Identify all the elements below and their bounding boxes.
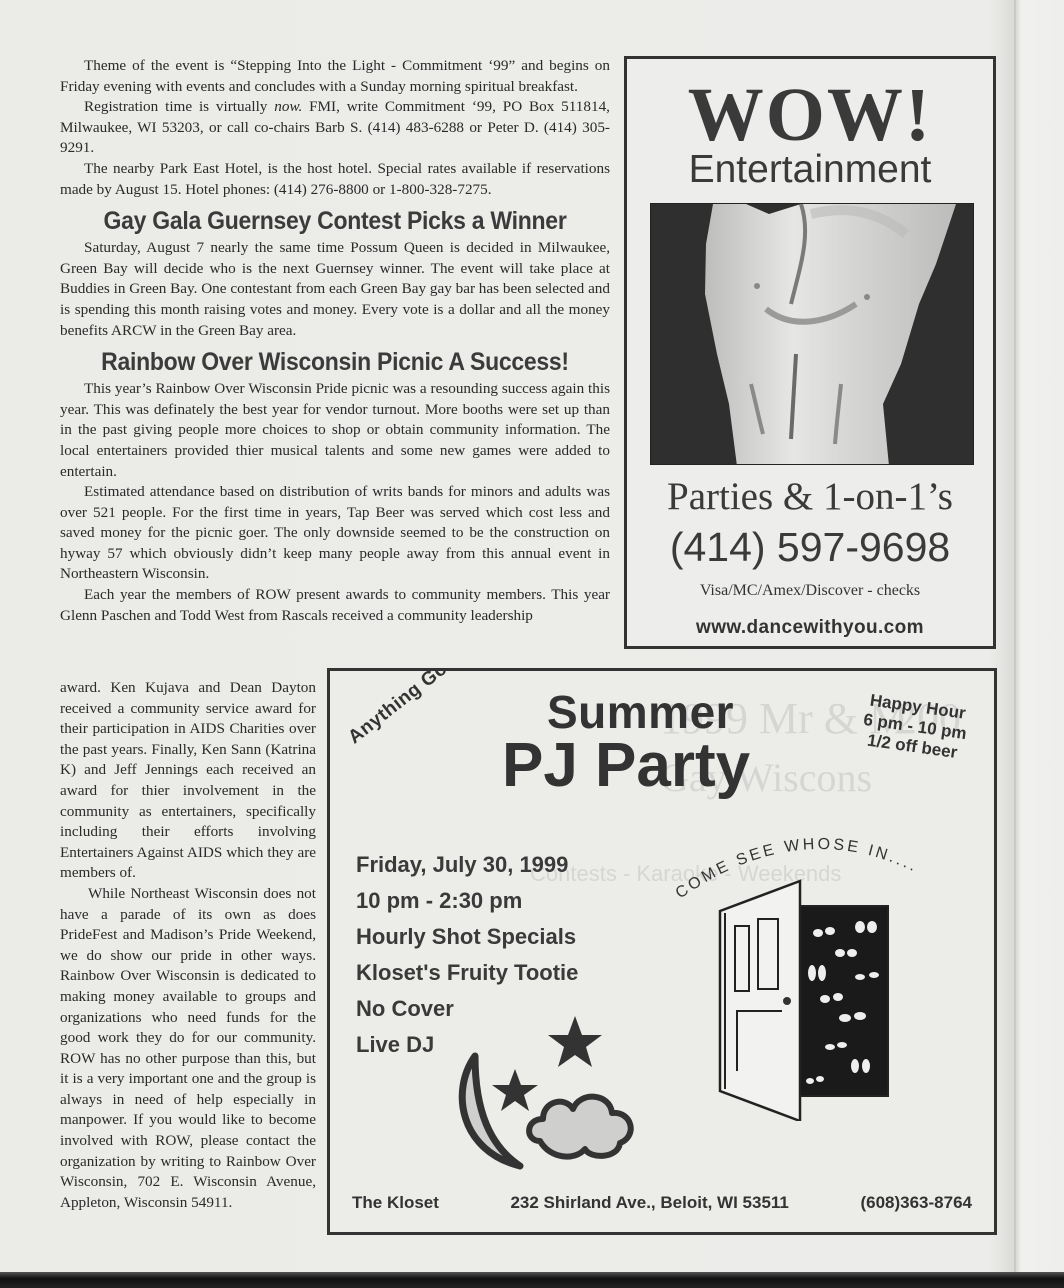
article-column: Theme of the event is “Stepping Into the… xyxy=(60,56,610,626)
venue-address: 232 Shirland Ave., Beloit, WI 53511 xyxy=(510,1193,788,1213)
event-date: Friday, July 30, 1999 xyxy=(356,847,578,883)
moon-stars-cloud-icon xyxy=(440,1011,700,1171)
row-paragraph-awards: award. Ken Kujava and Dean Dayton receiv… xyxy=(60,678,316,884)
event-detail: Hourly Shot Specials xyxy=(356,919,578,955)
page-fold xyxy=(1014,0,1016,1272)
wow-tagline: Parties & 1-on-1’s xyxy=(627,473,993,521)
venue-name: The Kloset xyxy=(352,1193,439,1213)
torso-photo xyxy=(650,203,974,465)
pj-party-title: PJ Party xyxy=(502,733,750,799)
venue-phone: (608)363-8764 xyxy=(860,1193,972,1213)
row-paragraph-pride: While Northeast Wisconsin does not have … xyxy=(60,884,316,1214)
article-paragraph-registration: Registration time is virtually now. FMI,… xyxy=(60,97,610,159)
registration-text: Registration time is virtually xyxy=(84,98,274,115)
article-paragraph-hotel: The nearby Park East Hotel, is the host … xyxy=(60,159,610,200)
article-narrow-column: award. Ken Kujava and Dean Dayton receiv… xyxy=(60,678,316,1213)
row-picnic-heading: Rainbow Over Wisconsin Picnic A Success! xyxy=(82,347,588,377)
wow-website-link[interactable]: www.dancewithyou.com xyxy=(627,617,993,639)
wow-entertainment-ad: WOW! Entertainment Parties & 1-on- xyxy=(624,56,996,649)
summer-title: Summer xyxy=(547,687,734,737)
page-bottom-edge xyxy=(0,1272,1064,1288)
wow-phone: (414) 597-9698 xyxy=(627,522,993,572)
large-star-icon xyxy=(548,1016,602,1067)
pj-party-ad: 1999 Mr & M 200 Gay Wiscons Contests - K… xyxy=(327,668,997,1235)
venue-footer: The Kloset 232 Shirland Ave., Beloit, WI… xyxy=(352,1193,972,1213)
registration-emphasis: now. xyxy=(274,98,302,115)
guernsey-heading: Gay Gala Guernsey Contest Picks a Winner xyxy=(82,206,588,236)
event-detail: Kloset's Fruity Tootie xyxy=(356,955,578,991)
closet-door-icon xyxy=(690,871,920,1121)
row-paragraph: Each year the members of ROW present awa… xyxy=(60,585,610,626)
wow-title: WOW! xyxy=(627,77,993,153)
article-paragraph-theme: Theme of the event is “Stepping Into the… xyxy=(60,56,610,97)
wow-subtitle: Entertainment xyxy=(627,148,993,192)
guernsey-body: Saturday, August 7 nearly the same time … xyxy=(60,238,610,341)
torso-photo-icon xyxy=(651,204,974,465)
event-time: 10 pm - 2:30 pm xyxy=(356,883,578,919)
row-paragraph: Estimated attendance based on distributi… xyxy=(60,482,610,585)
wow-payment-methods: Visa/MC/Amex/Discover - checks xyxy=(627,581,993,601)
row-paragraph: This year’s Rainbow Over Wisconsin Pride… xyxy=(60,379,610,482)
small-star-icon xyxy=(492,1069,538,1111)
